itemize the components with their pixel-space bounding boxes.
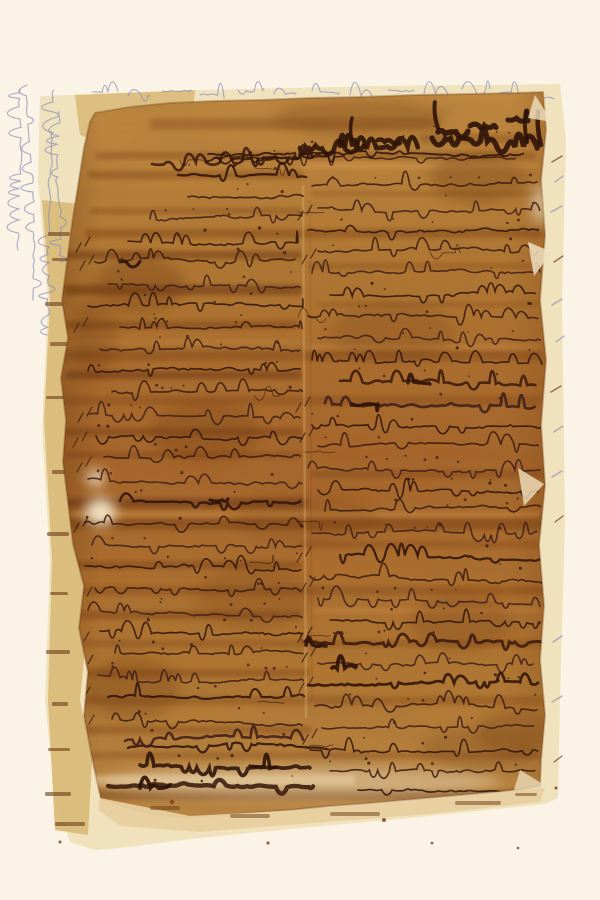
left-strip-dash [48,748,70,751]
manuscript-photo [0,0,600,900]
left-strip-dash [52,702,68,706]
paper-speck [382,818,386,822]
torn-edge-dash [515,793,537,796]
left-strip-dash [48,232,70,236]
sheet-texture-layer [55,85,555,845]
torn-edge-dash [230,814,270,818]
paper-speck [59,841,62,844]
edge-shading [55,85,555,845]
left-strip-dash [50,342,68,346]
paper-speck [517,847,520,850]
paper-speck [170,800,174,804]
left-strip-dash [50,592,68,595]
left-strip-dash [45,792,71,796]
torn-edge-dash [330,812,380,816]
left-strip-dash [46,650,70,654]
paper-speck [431,842,434,845]
left-strip-dash [52,258,68,261]
torn-edge-dash [150,806,180,810]
paper-speck [555,787,558,790]
manuscript-canvas [0,0,600,900]
torn-edge-dash [455,801,501,805]
left-strip-dash [47,532,69,536]
paper-speck [266,841,269,844]
left-strip-dash [55,822,85,826]
